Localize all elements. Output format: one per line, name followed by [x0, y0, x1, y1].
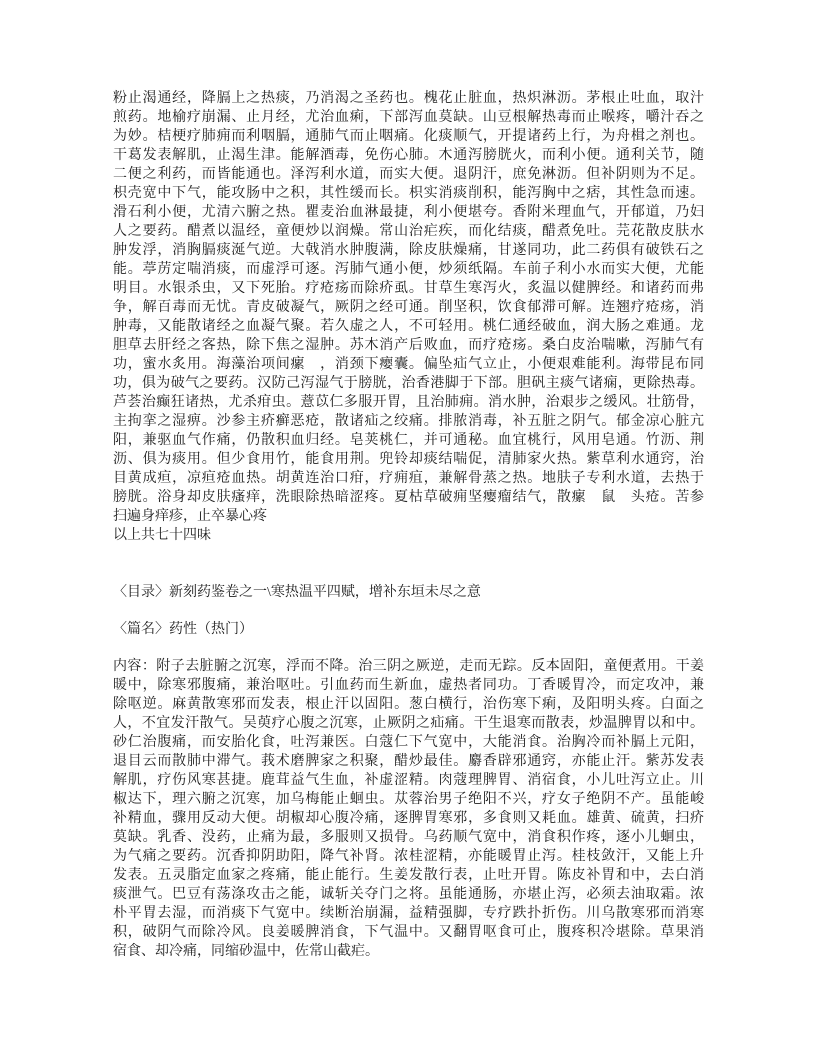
paragraph-lines: 内容：附子去脏腑之沉寒，浮而不降。治三阴之厥逆，走而无踪。反本固阳，童便煮用。干… — [113, 657, 704, 942]
text-line: 砂仁治腹痛，而安胎化食，吐泻兼医。白蔻仁下气宽中，大能消食。治胸冷而补膈上元阳， — [113, 733, 704, 752]
text-line: 明目。水银杀虫，又下死胎。疗疮疡而除疥虱。甘草生寒泻火，炙温以健脾经。和诸药而弗 — [113, 279, 704, 298]
text-line: 目黄成疸，凉疸疮血热。胡黄连治口疳，疗痈疽，兼解骨蒸之热。地肤子专利水道，去热于 — [113, 469, 704, 488]
paragraph-lines: 粉止渴通经，降膈上之热痰，乃消渴之圣药也。槐花止脏血，热炽淋沥。茅根止吐血，取汁… — [113, 89, 704, 507]
section-title: 〈篇名〉药性（热门） — [113, 620, 704, 639]
text-line: 以上共七十四味 — [113, 526, 704, 545]
text-line: 肿发浮，消胸膈痰涎气逆。大戟消水肿腹满，除皮肤燥痛，甘遂同功，此二药俱有破铁石之 — [113, 241, 704, 260]
text-line: 膀胱。浴身却皮肤瘙痒，洗眼除热暗涩疼。夏枯草破痈坚瘿瘤结气，散瘰 鼠 头疮。苦参 — [113, 488, 704, 507]
content-paragraph: 内容：附子去脏腑之沉寒，浮而不降。治三阴之厥逆，走而无踪。反本固阳，童便煮用。干… — [113, 657, 704, 961]
document-page: 粉止渴通经，降膈上之热痰，乃消渴之圣药也。槐花止脏血，热炽淋沥。茅根止吐血，取汁… — [0, 0, 816, 1056]
text-line: 为妙。桔梗疗肺痈而利咽膈，通肺气而止咽痛。化痰顺气，开提诸药上行，为舟楫之剂也。 — [113, 127, 704, 146]
text-line: 痰泄气。巴豆有荡涤攻击之能，诚斩关夺门之将。虽能通肠，亦堪止泻，必须去油取霜。浓 — [113, 885, 704, 904]
text-line: 人，不宜发汗散气。吴萸疗心腹之沉寒，止厥阴之疝痛。干生退寒而散表，炒温脾胃以和中… — [113, 714, 704, 733]
text-line: 莫缺。乳香、没药，止痛为最，多服则又损骨。乌药顺气宽中，消食积作疼，逐小儿蛔虫， — [113, 828, 704, 847]
text-line: 除呕逆。麻黄散寒邪而发表，根止汗以固阳。葱白横行，治伤寒下痢，及阳明头疼。白面之 — [113, 695, 704, 714]
text-line: 胆草去肝经之客热，除下焦之湿肿。苏木消产后败血，而疗疮疡。桑白皮治喘嗽，泻肺气有 — [113, 336, 704, 355]
paragraph-tail-lines: 扫遍身痒疹，止卒暴心疼以上共七十四味 — [113, 507, 704, 545]
text-line: 功，蜜水炙用。海藻治项间瘰 ，消颈下瘿囊。偏坠疝气立止，小便艰难能利。海带昆布同 — [113, 355, 704, 374]
text-line: 沥、俱为痰用。但少食用竹，能食用荆。兜铃却痰结喘促，清肺家火热。紫草利水通窍，治 — [113, 450, 704, 469]
text-line: 煎药。地榆疗崩漏、止月经，尤治血痢，下部泻血莫缺。山豆根解热毒而止喉疼，嚼汁吞之 — [113, 108, 704, 127]
text-line: 主拘挛之湿痹。沙参主疥癣恶疮，散诸疝之绞痛。排脓消毒，补五脏之阴气。郁金凉心脏亢 — [113, 412, 704, 431]
herb-properties-paragraph: 粉止渴通经，降膈上之热痰，乃消渴之圣药也。槐花止脏血，热炽淋沥。茅根止吐血，取汁… — [113, 89, 704, 545]
text-line: 朴平胃去湿，而消痰下气宽中。续断治崩漏，益精强脚，专疗跌扑折伤。川乌散寒邪而消寒 — [113, 904, 704, 923]
text-line: 发表。五灵脂定血家之疼痛，能止能行。生姜发散行表，止吐开胃。陈皮补胃和中，去白消 — [113, 866, 704, 885]
text-line: 暖中，除寒邪腹痛，兼治呕吐。引血药而生新血，虚热者同功。丁香暖胃冷，而定攻冲，兼 — [113, 676, 704, 695]
text-line: 干葛发表解肌，止渴生津。能解酒毒，免伤心肺。木通泻膀胱火，而利小便。通利关节，随 — [113, 146, 704, 165]
text-line: 扫遍身痒疹，止卒暴心疼 — [113, 507, 704, 526]
text-line: 功，俱为破气之要药。汉防己泻湿气于膀胱，治香港脚于下部。胆矾主痰气诸痫，更除热毒… — [113, 374, 704, 393]
paragraph-tail-lines: 宿食、却冷痛，同缩砂温中，佐常山截疟。 — [113, 942, 704, 961]
text-line: 能。葶苈定喘消痰，而虚浮可逐。泻肺气通小便，炒须纸隔。车前子利小水而实大便，尤能 — [113, 260, 704, 279]
text-line: 人之要药。醋煮以温经，童便炒以润燥。常山治疟疾，而化结痰，醋煮免吐。芫花散皮肤水 — [113, 222, 704, 241]
text-line: 积，破阴气而除冷风。良姜暖脾消食，下气温中。又翻胃呕食可止，腹疼积冷堪除。草果消 — [113, 923, 704, 942]
text-line: 二便之利药，而皆能通也。泽泻利水道，而实大便。退阴汗，庶免淋沥。但补阴则为不足。 — [113, 165, 704, 184]
text-line: 粉止渴通经，降膈上之热痰，乃消渴之圣药也。槐花止脏血，热炽淋沥。茅根止吐血，取汁 — [113, 89, 704, 108]
text-line: 补精血，骤用反动大便。胡椒却心腹冷痛，逐脾胃寒邪，多食则又耗血。雄黄、硫黄，扫疥 — [113, 809, 704, 828]
text-line: 滑石利小便，尤清六腑之热。瞿麦治血淋最捷，利小便堪夸。香附米理血气，开郁道，乃妇 — [113, 203, 704, 222]
text-line: 退目云而散肺中滞气。莪术磨脾家之积聚，醋炒最佳。麝香辟邪通窍，亦能止汗。紫苏发表 — [113, 752, 704, 771]
toc-entry: 〈目录〉新刻药鉴卷之一\寒热温平四赋，增补东垣未尽之意 — [113, 583, 704, 602]
text-line: 阳，兼驱血气作痛，仍散积血归经。皂荚桃仁，并可通秘。血宜桃行，风用皂通。竹沥、荆 — [113, 431, 704, 450]
text-line: 解肌，疗伤风寒甚捷。鹿茸益气生血，补虚涩精。肉蔻理脾胃、消宿食，小儿吐泻立止。川 — [113, 771, 704, 790]
text-line: 椒达下，理六腑之沉寒，加乌梅能止蛔虫。苁蓉治男子绝阳不兴，疗女子绝阴不产。虽能峻 — [113, 790, 704, 809]
text-line: 肿毒，又能散诸经之血凝气聚。若久虚之人，不可轻用。桃仁通经破血，润大肠之难通。龙 — [113, 317, 704, 336]
text-line: 宿食、却冷痛，同缩砂温中，佐常山截疟。 — [113, 942, 704, 961]
text-line: 争，解百毒而无忧。青皮破凝气，厥阴之经可通。削坚积，饮食郁滞可解。连翘疗疮疡，消 — [113, 298, 704, 317]
text-line: 枳壳宽中下气，能攻肠中之积，其性缓而长。枳实消痰削积，能泻胸中之痞，其性急而速。 — [113, 184, 704, 203]
text-line: 芦荟治癫狂诸热，尤杀疳虫。薏苡仁多服开胃，且治肺痈。消水肿，治艰步之缓风。壮筋骨… — [113, 393, 704, 412]
text-line: 为气痛之要药。沉香抑阴助阳，降气补肾。浓桂涩精，亦能暖胃止泻。桂枝敛汗，又能上升 — [113, 847, 704, 866]
text-line: 内容：附子去脏腑之沉寒，浮而不降。治三阴之厥逆，走而无踪。反本固阳，童便煮用。干… — [113, 657, 704, 676]
